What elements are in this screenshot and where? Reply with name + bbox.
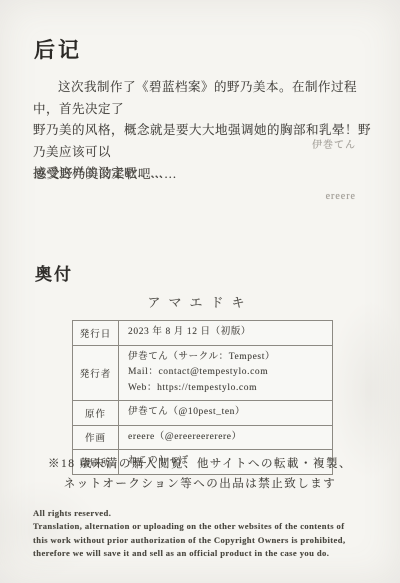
colophon-table: 発行日 2023 年 8 月 12 日（初版） 発行者 伊巻てん（サークル：Te… — [72, 320, 333, 475]
author-signature: 伊巻てん — [312, 136, 356, 151]
notice-line: ネットオークション等への出品は禁止致します — [0, 475, 400, 495]
rights-line: this work without prior authorization of… — [33, 534, 383, 547]
scanned-colophon-page: 后记 这次我制作了《碧蓝档案》的野乃美本。在制作过程中，首先决定了 野乃美的风格… — [0, 0, 400, 583]
scan-smudge — [330, 300, 400, 480]
book-title: アマエドキ — [0, 292, 400, 311]
rights-line: All rights reserved. — [33, 507, 383, 520]
row-value: ereere（@ereereererere） — [119, 426, 332, 450]
value-line: 伊巻てん（サークル：Tempest） — [128, 350, 323, 366]
table-row-publisher: 発行者 伊巻てん（サークル：Tempest） Mail：contact@temp… — [73, 346, 332, 402]
value-line-web: Web：https://tempestylo.com — [128, 381, 323, 397]
row-label: 発行者 — [73, 346, 119, 401]
row-label: 原作 — [73, 401, 119, 425]
table-row-illustrator: 作画 ereere（@ereereererere） — [73, 426, 332, 451]
rights-notice: All rights reserved. Translation, altern… — [33, 507, 383, 560]
artist-signature: ereere — [326, 191, 356, 202]
row-value: 伊巻てん（サークル：Tempest） Mail：contact@tempesty… — [119, 346, 332, 401]
rights-line: therefore we will save it and sell as an… — [33, 547, 383, 560]
value-line-mail: Mail：contact@tempestylo.com — [128, 365, 323, 381]
row-label: 作画 — [73, 426, 119, 450]
table-row-publish-date: 発行日 2023 年 8 月 12 日（初版） — [73, 321, 332, 346]
row-label: 発行日 — [73, 321, 119, 345]
afterword-closing-line: 感受野乃美的柔软吧…… — [34, 164, 177, 182]
value-line: 2023 年 8 月 12 日（初版） — [128, 325, 323, 341]
row-value: 2023 年 8 月 12 日（初版） — [119, 321, 332, 345]
afterword-heading: 后记 — [34, 34, 82, 64]
paragraph-line: 这次我制作了《碧蓝档案》的野乃美本。在制作过程中，首先决定了 — [33, 77, 371, 120]
notice-line: ※18 歳未満の購入閲覧、他サイトへの転載・複製、 — [0, 455, 400, 475]
value-line: ereere（@ereereererere） — [128, 430, 323, 446]
rights-line: Translation, alternation or uploading on… — [33, 520, 383, 533]
colophon-heading: 奥付 — [35, 260, 73, 285]
age-restriction-notice: ※18 歳未満の購入閲覧、他サイトへの転載・複製、 ネットオークション等への出品… — [0, 455, 400, 494]
table-row-original-author: 原作 伊巻てん（@10pest_ten） — [73, 401, 332, 426]
value-line: 伊巻てん（@10pest_ten） — [128, 405, 323, 421]
row-value: 伊巻てん（@10pest_ten） — [119, 401, 332, 425]
